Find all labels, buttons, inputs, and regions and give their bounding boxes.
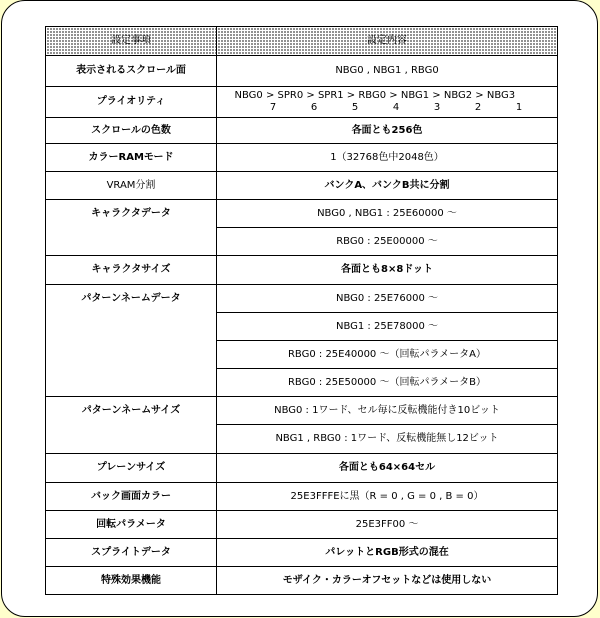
- row-label: キャラクタサイズ: [46, 256, 217, 285]
- row-label: キャラクタデータ: [46, 200, 217, 256]
- row-label: スプライトデータ: [46, 539, 217, 567]
- row-label: プライオリティ: [46, 87, 217, 118]
- priority-numbers: 7654321: [235, 102, 540, 114]
- row-label: 特殊効果機能: [46, 567, 217, 595]
- row-value: NBG1 : 25E78000 〜: [217, 313, 558, 341]
- row-value: NBG0 : 25E76000 〜: [217, 285, 558, 313]
- table-row: 回転パラメータ 25E3FF00 〜: [46, 511, 558, 539]
- row-value: RBG0 : 25E40000 〜（回転パラメータA）: [217, 341, 558, 369]
- row-value: NBG0 , NBG1 : 25E60000 〜: [217, 200, 558, 228]
- table-row: プレーンサイズ 各面とも64×64セル: [46, 454, 558, 483]
- header-content: 設定内容: [217, 27, 558, 56]
- table-row: 表示されるスクロール面 NBG0 , NBG1 , RBG0: [46, 56, 558, 87]
- table-header-row: 設定事項 設定内容: [46, 27, 558, 56]
- row-value: 25E3FF00 〜: [217, 511, 558, 539]
- row-value: NBG0 > SPR0 > SPR1 > RBG0 > NBG1 > NBG2 …: [217, 87, 558, 118]
- row-value: RBG0 : 25E50000 〜（回転パラメータB）: [217, 369, 558, 397]
- settings-table: 設定事項 設定内容 表示されるスクロール面 NBG0 , NBG1 , RBG0…: [45, 26, 558, 595]
- table-row: 特殊効果機能 モザイク・カラーオフセットなどは使用しない: [46, 567, 558, 595]
- row-value: モザイク・カラーオフセットなどは使用しない: [217, 567, 558, 595]
- table-row: キャラクタサイズ 各面とも8×8ドット: [46, 256, 558, 285]
- table-row: VRAM分割 バンクA、バンクB共に分割: [46, 172, 558, 200]
- header-item: 設定事項: [46, 27, 217, 56]
- row-value: NBG0 , NBG1 , RBG0: [217, 56, 558, 87]
- row-value: NBG1 , RBG0 : 1ワード、反転機能無し12ビット: [217, 425, 558, 454]
- row-value: 1（32768色中2048色）: [217, 144, 558, 172]
- row-value: バンクA、バンクB共に分割: [217, 172, 558, 200]
- row-label: パターンネームデータ: [46, 285, 217, 397]
- row-value: 各面とも256色: [217, 118, 558, 144]
- table-row: キャラクタデータ NBG0 , NBG1 : 25E60000 〜: [46, 200, 558, 228]
- table-row: スクロールの色数 各面とも256色: [46, 118, 558, 144]
- row-label: バック画面カラー: [46, 483, 217, 511]
- row-label: パターンネームサイズ: [46, 397, 217, 454]
- row-value: RBG0 : 25E00000 〜: [217, 228, 558, 256]
- row-label: 回転パラメータ: [46, 511, 217, 539]
- row-label: プレーンサイズ: [46, 454, 217, 483]
- row-value: 25E3FFFEに黒（R = 0 , G = 0 , B = 0）: [217, 483, 558, 511]
- priority-block: NBG0 > SPR0 > SPR1 > RBG0 > NBG1 > NBG2 …: [235, 90, 540, 114]
- priority-order: NBG0 > SPR0 > SPR1 > RBG0 > NBG1 > NBG2 …: [235, 90, 516, 101]
- row-label: スクロールの色数: [46, 118, 217, 144]
- table-row: パターンネームデータ NBG0 : 25E76000 〜: [46, 285, 558, 313]
- row-value: パレットとRGB形式の混在: [217, 539, 558, 567]
- row-label: カラーRAMモード: [46, 144, 217, 172]
- table-row: プライオリティ NBG0 > SPR0 > SPR1 > RBG0 > NBG1…: [46, 87, 558, 118]
- row-label: VRAM分割: [46, 172, 217, 200]
- table-row: カラーRAMモード 1（32768色中2048色）: [46, 144, 558, 172]
- row-value: 各面とも8×8ドット: [217, 256, 558, 285]
- row-label: 表示されるスクロール面: [46, 56, 217, 87]
- row-value: 各面とも64×64セル: [217, 454, 558, 483]
- table-row: パターンネームサイズ NBG0 : 1ワード、セル毎に反転機能付き10ビット: [46, 397, 558, 425]
- row-value: NBG0 : 1ワード、セル毎に反転機能付き10ビット: [217, 397, 558, 425]
- table-row: バック画面カラー 25E3FFFEに黒（R = 0 , G = 0 , B = …: [46, 483, 558, 511]
- table-row: スプライトデータ パレットとRGB形式の混在: [46, 539, 558, 567]
